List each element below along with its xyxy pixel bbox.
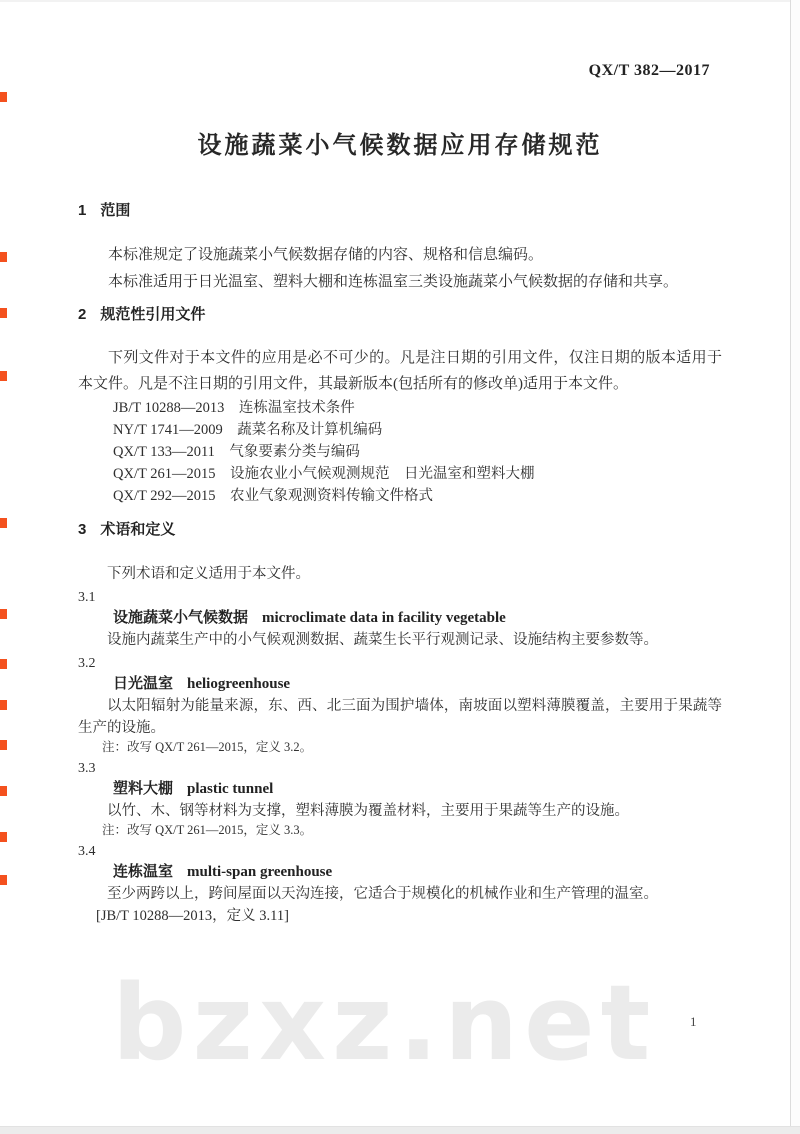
term-line: 塑料大棚plastic tunnel [113, 778, 722, 800]
term-en: heliogreenhouse [187, 676, 290, 692]
term-entry: 3.1 设施蔬菜小气候数据microclimate data in facili… [78, 589, 722, 651]
section-number: 2 [78, 306, 86, 323]
scope-paragraphs: 本标准规定了设施蔬菜小气候数据存储的内容、规格和信息编码。 本标准适用于日光温室… [78, 242, 722, 296]
reference-item: QX/T 133—2011 气象要素分类与编码 [113, 441, 722, 463]
term-zh: 日光温室 [113, 675, 173, 692]
standard-number: QX/T 382—2017 [78, 0, 722, 86]
watermark: bzxz.net [112, 962, 656, 1084]
reference-item: NY/T 1741—2009 蔬菜名称及计算机编码 [113, 419, 722, 441]
term-en: microclimate data in facility vegetable [262, 610, 506, 626]
term-zh: 连栋温室 [113, 863, 173, 880]
section-number: 1 [78, 202, 86, 219]
term-en: multi-span greenhouse [187, 864, 332, 880]
term-entry: 3.2 日光温室heliogreenhouse 以太阳辐射为能量来源，东、西、北… [78, 655, 722, 756]
term-entry: 3.3 塑料大棚plastic tunnel 以竹、木、钢等材料为支撑，塑料薄膜… [78, 760, 722, 839]
document-page: bzxz.net QX/T 382—2017 设施蔬菜小气候数据应用存储规范 1… [0, 0, 800, 1134]
reference-item: QX/T 292—2015 农业气象观测资料传输文件格式 [113, 485, 722, 507]
page-number: 1 [690, 1014, 697, 1030]
reference-item: QX/T 261—2015 设施农业小气候观测规范 日光温室和塑料大棚 [113, 463, 722, 485]
terms-intro: 下列术语和定义适用于本文件。 [78, 563, 722, 585]
paragraph: 本标准适用于日光温室、塑料大棚和连栋温室三类设施蔬菜小气候数据的存储和共享。 [78, 269, 722, 296]
references-intro: 下列文件对于本文件的应用是必不可少的。凡是注日期的引用文件，仅注日期的版本适用于… [78, 345, 722, 397]
section-heading-references: 2规范性引用文件 [78, 304, 722, 326]
term-line: 日光温室heliogreenhouse [113, 673, 722, 695]
term-source: [JB/T 10288—2013，定义 3.11] [96, 905, 722, 927]
term-number: 3.2 [78, 655, 722, 673]
section-heading-scope: 1范围 [78, 200, 722, 222]
term-definition: 至少两跨以上，跨间屋面以天沟连接，它适合于规模化的机械作业和生产管理的温室。 [78, 883, 722, 905]
page-bottom-edge [0, 1126, 800, 1134]
section-label: 范围 [100, 202, 130, 219]
term-definition: 以竹、木、钢等材料为支撑，塑料薄膜为覆盖材料，主要用于果蔬等生产的设施。 [78, 800, 722, 822]
document-title: 设施蔬菜小气候数据应用存储规范 [78, 128, 722, 164]
term-number: 3.1 [78, 589, 722, 607]
term-note: 注：改写 QX/T 261—2015，定义 3.2。 [102, 739, 722, 756]
term-number: 3.4 [78, 843, 722, 861]
term-line: 设施蔬菜小气候数据microclimate data in facility v… [113, 607, 722, 629]
term-zh: 设施蔬菜小气候数据 [113, 609, 248, 626]
term-zh: 塑料大棚 [113, 780, 173, 797]
reference-item: JB/T 10288—2013 连栋温室技术条件 [113, 397, 722, 419]
term-number: 3.3 [78, 760, 722, 778]
references-list: JB/T 10288—2013 连栋温室技术条件 NY/T 1741—2009 … [113, 397, 722, 507]
section-label: 术语和定义 [100, 521, 175, 538]
page-content: QX/T 382—2017 设施蔬菜小气候数据应用存储规范 1范围 本标准规定了… [0, 0, 800, 927]
section-number: 3 [78, 521, 86, 538]
section-label: 规范性引用文件 [100, 306, 205, 323]
term-definition: 设施内蔬菜生产中的小气候观测数据、蔬菜生长平行观测记录、设施结构主要参数等。 [78, 629, 722, 651]
term-entry: 3.4 连栋温室multi-span greenhouse 至少两跨以上，跨间屋… [78, 843, 722, 927]
term-en: plastic tunnel [187, 781, 273, 797]
term-note: 注：改写 QX/T 261—2015，定义 3.3。 [102, 822, 722, 839]
term-line: 连栋温室multi-span greenhouse [113, 861, 722, 883]
section-heading-terms: 3术语和定义 [78, 519, 722, 541]
paragraph: 本标准规定了设施蔬菜小气候数据存储的内容、规格和信息编码。 [78, 242, 722, 269]
term-definition: 以太阳辐射为能量来源，东、西、北三面为围护墙体，南坡面以塑料薄膜覆盖，主要用于果… [78, 695, 722, 739]
